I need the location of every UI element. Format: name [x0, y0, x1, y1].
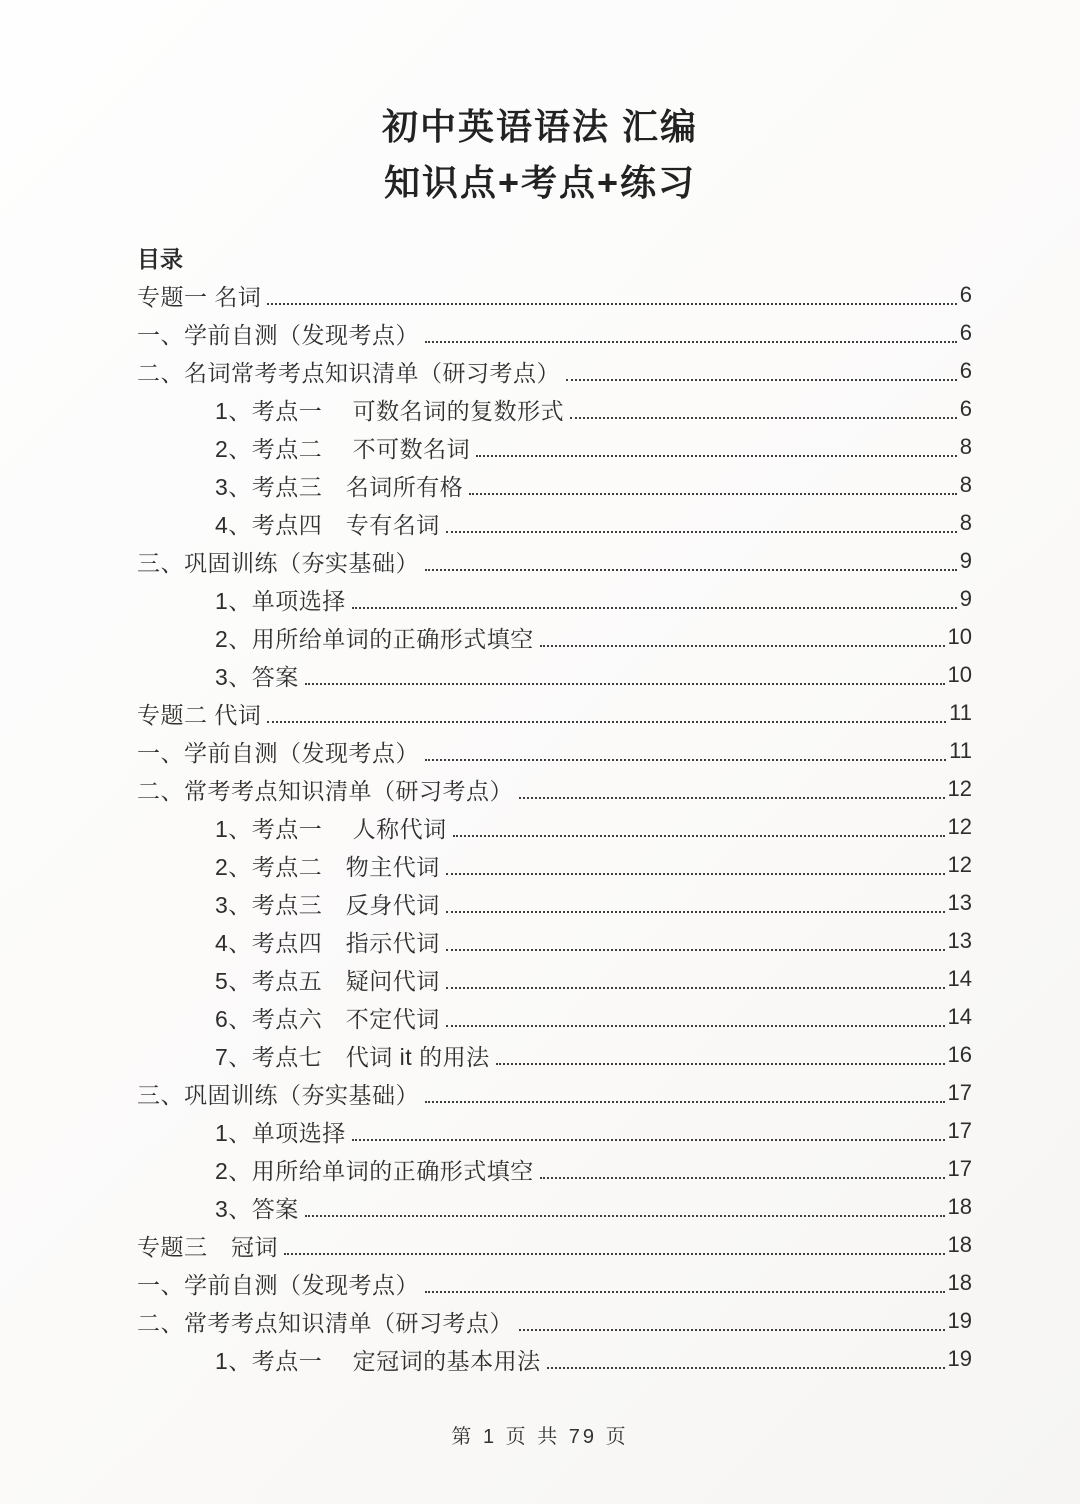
toc-entry: 专题二 代词 11 — [137, 694, 972, 732]
toc-entry-label: 7、考点七 代词 it 的用法 — [215, 1039, 490, 1072]
dotted-leader — [540, 1159, 945, 1179]
toc-entry-label: 二、常考考点知识清单（研习考点） — [137, 773, 513, 806]
dotted-leader — [446, 893, 945, 913]
toc-entry-page: 8 — [960, 434, 972, 460]
toc-entry-label: 1、考点一 定冠词的基本用法 — [215, 1343, 541, 1376]
toc-entry: 3、考点三 名词所有格 8 — [137, 466, 972, 504]
toc-entry: 专题一 名词 6 — [137, 276, 972, 314]
toc-entry: 二、常考考点知识清单（研习考点） 12 — [137, 770, 972, 808]
dotted-leader — [267, 703, 946, 723]
toc-entry: 1、考点一 可数名词的复数形式 6 — [137, 390, 972, 428]
toc-entry-page: 12 — [948, 814, 972, 840]
document-title-block: 初中英语语法 汇编 知识点+考点+练习 — [0, 0, 1080, 206]
dotted-leader — [352, 589, 957, 609]
dotted-leader — [425, 1273, 945, 1293]
toc-entry: 三、巩固训练（夯实基础） 9 — [137, 542, 972, 580]
toc-entry: 1、考点一 定冠词的基本用法 19 — [137, 1340, 972, 1378]
dotted-leader — [496, 1045, 945, 1065]
toc-entry-page: 11 — [949, 700, 972, 726]
dotted-leader — [446, 1007, 945, 1027]
dotted-leader — [425, 741, 946, 761]
toc-entry-page: 13 — [948, 928, 972, 954]
toc-entry-label: 专题二 代词 — [137, 697, 261, 730]
toc-entry-label: 专题三 冠词 — [137, 1229, 278, 1262]
toc-entry-page: 14 — [948, 966, 972, 992]
toc-entry: 5、考点五 疑问代词 14 — [137, 960, 972, 998]
toc-entry-label: 1、考点一 人称代词 — [215, 811, 447, 844]
toc-entry-label: 1、单项选择 — [215, 583, 346, 616]
toc-entry-page: 18 — [948, 1270, 972, 1296]
toc-entry-label: 3、考点三 反身代词 — [215, 887, 440, 920]
toc-entry: 2、用所给单词的正确形式填空 17 — [137, 1150, 972, 1188]
toc-entry-label: 三、巩固训练（夯实基础） — [137, 1077, 419, 1110]
toc-entry-label: 3、答案 — [215, 1191, 299, 1224]
dotted-leader — [425, 323, 957, 343]
toc-entry-label: 2、用所给单词的正确形式填空 — [215, 1153, 534, 1186]
dotted-leader — [446, 513, 957, 533]
dotted-leader — [519, 1311, 945, 1331]
toc-entry-label: 二、常考考点知识清单（研习考点） — [137, 1305, 513, 1338]
toc-entry-label: 三、巩固训练（夯实基础） — [137, 545, 419, 578]
page-footer: 第 1 页 共 79 页 — [0, 1420, 1080, 1449]
toc-entry-page: 19 — [948, 1308, 972, 1334]
toc-entry-page: 17 — [948, 1080, 972, 1106]
toc-entry-label: 一、学前自测（发现考点） — [137, 1267, 419, 1300]
toc-entry-page: 8 — [960, 472, 972, 498]
toc-entry-page: 14 — [948, 1004, 972, 1030]
dotted-leader — [453, 817, 945, 837]
toc-entry: 4、考点四 专有名词 8 — [137, 504, 972, 542]
toc-entry-page: 12 — [948, 852, 972, 878]
dotted-leader — [519, 779, 945, 799]
toc-entry: 二、常考考点知识清单（研习考点） 19 — [137, 1302, 972, 1340]
dotted-leader — [305, 665, 945, 685]
toc-entry-page: 16 — [948, 1042, 972, 1068]
toc-entry-label: 一、学前自测（发现考点） — [137, 317, 419, 350]
toc-entry-page: 8 — [960, 510, 972, 536]
toc-entry-page: 17 — [948, 1156, 972, 1182]
toc-entry-page: 9 — [960, 548, 972, 574]
toc-entry-label: 2、考点二 物主代词 — [215, 849, 440, 882]
dotted-leader — [540, 627, 945, 647]
toc-entry: 2、考点二 物主代词 12 — [137, 846, 972, 884]
document-title-line2: 知识点+考点+练习 — [0, 160, 1080, 206]
toc-entry-page: 10 — [948, 624, 972, 650]
toc-entry: 4、考点四 指示代词 13 — [137, 922, 972, 960]
toc-entry-label: 4、考点四 专有名词 — [215, 507, 440, 540]
dotted-leader — [352, 1121, 945, 1141]
dotted-leader — [446, 969, 945, 989]
toc-entry-label: 2、考点二 不可数名词 — [215, 431, 470, 464]
toc-entry: 2、用所给单词的正确形式填空 10 — [137, 618, 972, 656]
dotted-leader — [570, 399, 957, 419]
toc-entry-label: 5、考点五 疑问代词 — [215, 963, 440, 996]
toc-entry-label: 3、考点三 名词所有格 — [215, 469, 463, 502]
dotted-leader — [267, 285, 956, 305]
toc-entry-page: 6 — [960, 358, 972, 384]
toc-entry: 1、考点一 人称代词 12 — [137, 808, 972, 846]
toc-entry: 1、单项选择 9 — [137, 580, 972, 618]
toc-entry-label: 1、考点一 可数名词的复数形式 — [215, 393, 564, 426]
toc-entry: 3、考点三 反身代词 13 — [137, 884, 972, 922]
toc-entry: 6、考点六 不定代词 14 — [137, 998, 972, 1036]
toc-entry-label: 二、名词常考考点知识清单（研习考点） — [137, 355, 560, 388]
toc-entry-label: 4、考点四 指示代词 — [215, 925, 440, 958]
toc-entry: 1、单项选择 17 — [137, 1112, 972, 1150]
toc-heading: 目录 — [137, 238, 972, 276]
toc-entry-page: 18 — [948, 1194, 972, 1220]
dotted-leader — [446, 855, 945, 875]
toc-entry-label: 1、单项选择 — [215, 1115, 346, 1148]
dotted-leader — [547, 1349, 945, 1369]
dotted-leader — [469, 475, 956, 495]
dotted-leader — [284, 1235, 945, 1255]
toc-entry-page: 13 — [948, 890, 972, 916]
toc-entry-label: 6、考点六 不定代词 — [215, 1001, 440, 1034]
toc-entry: 3、答案 18 — [137, 1188, 972, 1226]
dotted-leader — [425, 1083, 945, 1103]
toc-entry-page: 17 — [948, 1118, 972, 1144]
toc-entry-page: 6 — [960, 320, 972, 346]
toc-entry-page: 11 — [949, 738, 972, 764]
toc-entry-label: 2、用所给单词的正确形式填空 — [215, 621, 534, 654]
toc-entry: 三、巩固训练（夯实基础） 17 — [137, 1074, 972, 1112]
toc-entry: 7、考点七 代词 it 的用法 16 — [137, 1036, 972, 1074]
dotted-leader — [425, 551, 957, 571]
document-page: 初中英语语法 汇编 知识点+考点+练习 目录 专题一 名词 6 一、学前自测（发… — [0, 0, 1080, 1504]
toc-entry-label: 3、答案 — [215, 659, 299, 692]
toc-entry-page: 9 — [960, 586, 972, 612]
toc-entry: 一、学前自测（发现考点） 6 — [137, 314, 972, 352]
toc-entry: 二、名词常考考点知识清单（研习考点） 6 — [137, 352, 972, 390]
toc-entry-label: 一、学前自测（发现考点） — [137, 735, 419, 768]
toc-entry: 3、答案 10 — [137, 656, 972, 694]
toc-entry-page: 12 — [948, 776, 972, 802]
dotted-leader — [566, 361, 957, 381]
toc-entry-label: 专题一 名词 — [137, 279, 261, 312]
toc-list: 专题一 名词 6 一、学前自测（发现考点） 6 二、名词常考考点知识清单（研习考… — [137, 276, 972, 1378]
dotted-leader — [476, 437, 957, 457]
toc-entry-page: 19 — [948, 1346, 972, 1372]
toc-entry: 一、学前自测（发现考点） 18 — [137, 1264, 972, 1302]
toc-entry-page: 10 — [948, 662, 972, 688]
toc-entry-page: 18 — [948, 1232, 972, 1258]
table-of-contents: 目录 专题一 名词 6 一、学前自测（发现考点） 6 二、名词常考考点知识清单（… — [137, 238, 972, 1378]
dotted-leader — [305, 1197, 945, 1217]
dotted-leader — [446, 931, 945, 951]
toc-entry: 一、学前自测（发现考点） 11 — [137, 732, 972, 770]
toc-entry: 2、考点二 不可数名词 8 — [137, 428, 972, 466]
toc-entry: 专题三 冠词 18 — [137, 1226, 972, 1264]
toc-entry-page: 6 — [960, 282, 972, 308]
toc-entry-page: 6 — [960, 396, 972, 422]
document-title-line1: 初中英语语法 汇编 — [0, 104, 1080, 150]
